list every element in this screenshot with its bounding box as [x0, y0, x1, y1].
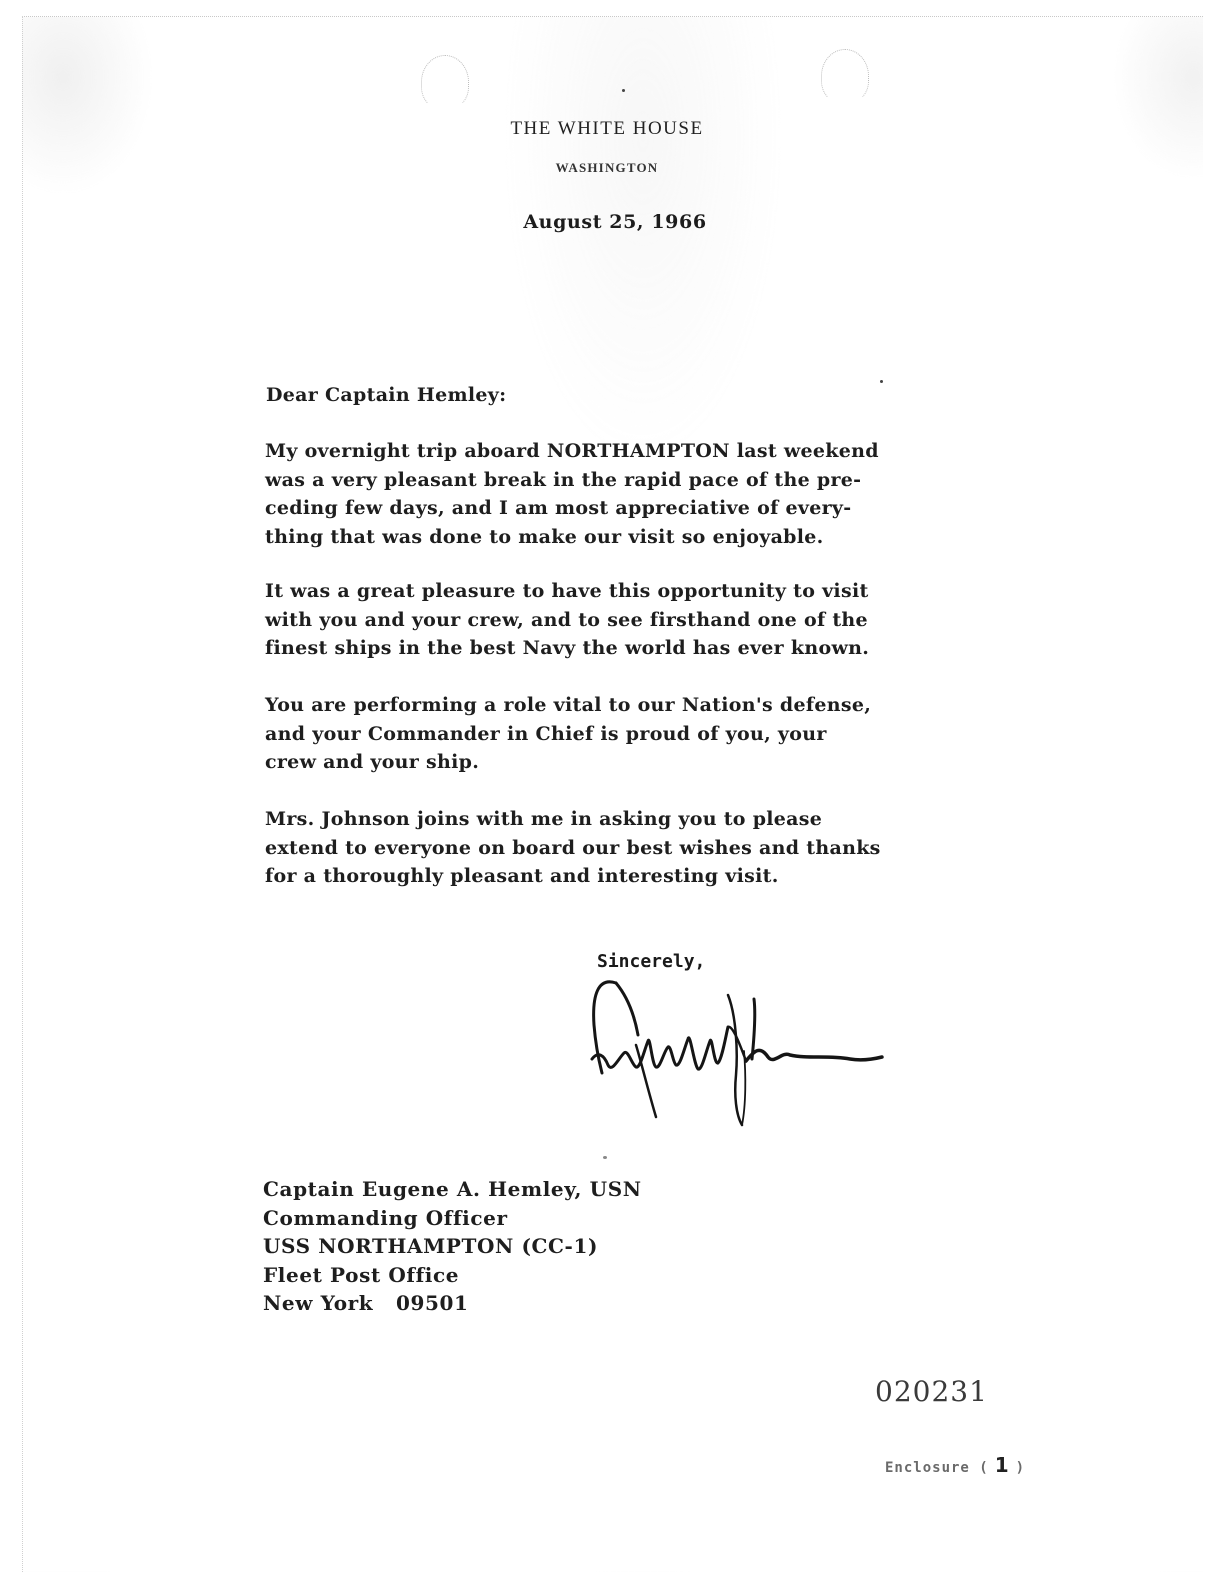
- body-line: ceding few days, and I am most appreciat…: [265, 494, 985, 523]
- address-line: New York 09501: [263, 1289, 642, 1318]
- body-paragraph: You are performing a role vital to our N…: [265, 691, 985, 777]
- body-line: for a thoroughly pleasant and interestin…: [265, 862, 985, 891]
- body-line: You are performing a role vital to our N…: [265, 691, 985, 720]
- document-number: 020231: [875, 1375, 988, 1408]
- body-line: and your Commander in Chief is proud of …: [265, 720, 985, 749]
- scan-speck: [622, 89, 625, 92]
- address-line: USS NORTHAMPTON (CC-1): [263, 1232, 642, 1261]
- enclosure-note: Enclosure (1): [885, 1453, 1025, 1477]
- punch-hole-mark: [421, 55, 469, 109]
- letterhead-city: WASHINGTON: [0, 160, 1214, 176]
- body-paragraph: My overnight trip aboard NORTHAMPTON las…: [265, 437, 985, 551]
- body-paragraph: It was a great pleasure to have this opp…: [265, 577, 985, 663]
- body-line: finest ships in the best Navy the world …: [265, 634, 985, 663]
- body-line: My overnight trip aboard NORTHAMPTON las…: [265, 437, 985, 466]
- scan-speck: [603, 1156, 607, 1159]
- letter-date: August 25, 1966: [0, 211, 1214, 233]
- address-line: Captain Eugene A. Hemley, USN: [263, 1175, 642, 1204]
- scan-speck: [880, 380, 883, 383]
- enclosure-label: Enclosure: [885, 1460, 970, 1476]
- enclosure-paren-open: (: [979, 1460, 988, 1476]
- salutation: Dear Captain Hemley:: [266, 384, 506, 406]
- recipient-address: Captain Eugene A. Hemley, USN Commanding…: [263, 1175, 642, 1318]
- address-line: Commanding Officer: [263, 1204, 642, 1233]
- body-line: thing that was done to make our visit so…: [265, 523, 985, 552]
- body-line: was a very pleasant break in the rapid p…: [265, 466, 985, 495]
- body-line: with you and your crew, and to see first…: [265, 606, 985, 635]
- signature-icon: [578, 955, 888, 1130]
- body-line: crew and your ship.: [265, 748, 985, 777]
- enclosure-paren-close: ): [1016, 1460, 1025, 1476]
- body-line: It was a great pleasure to have this opp…: [265, 577, 985, 606]
- body-line: Mrs. Johnson joins with me in asking you…: [265, 805, 985, 834]
- letter-page: [22, 16, 1203, 1572]
- address-line: Fleet Post Office: [263, 1261, 642, 1290]
- body-line: extend to everyone on board our best wis…: [265, 834, 985, 863]
- punch-hole-mark: [821, 49, 869, 103]
- letterhead-title: THE WHITE HOUSE: [0, 118, 1214, 140]
- enclosure-count: 1: [989, 1453, 1016, 1477]
- body-paragraph: Mrs. Johnson joins with me in asking you…: [265, 805, 985, 891]
